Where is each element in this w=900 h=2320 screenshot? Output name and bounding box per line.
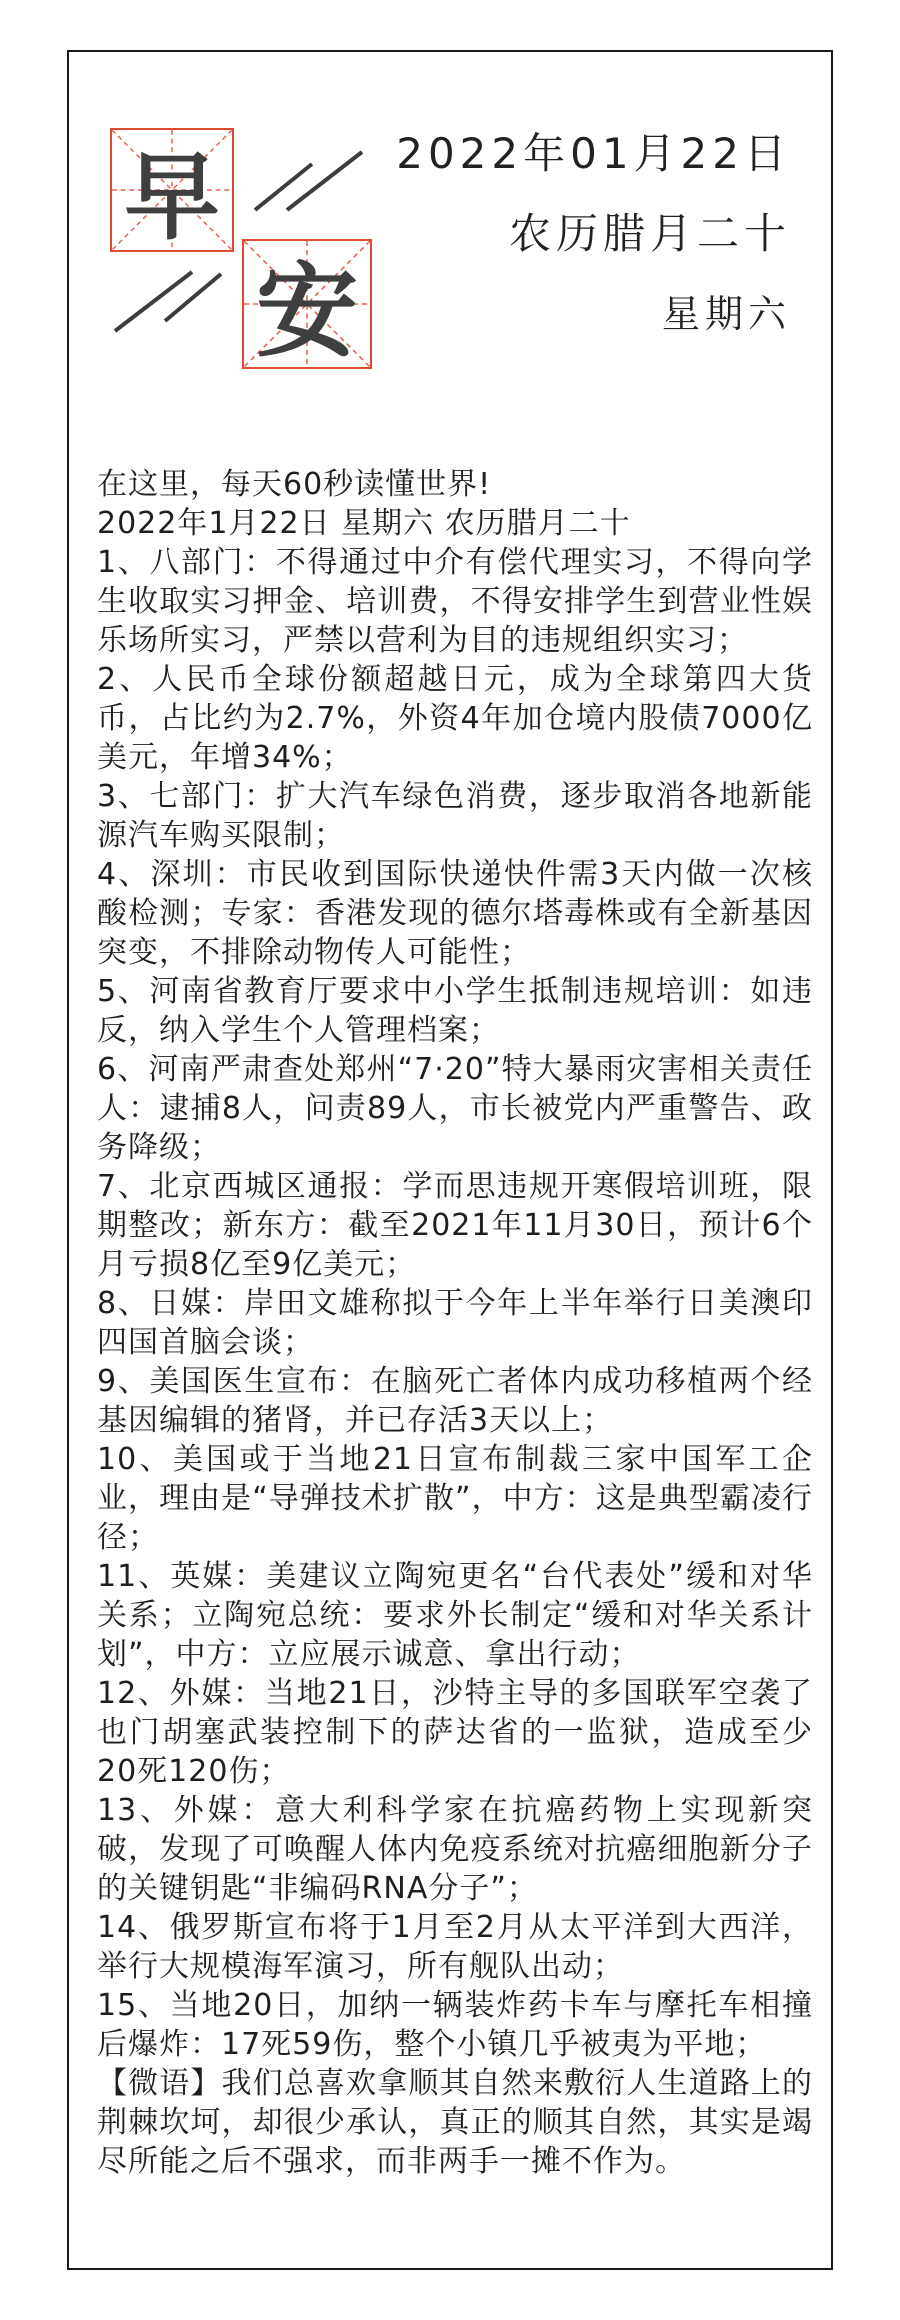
news-item-1: 1、八部门：不得通过中介有偿代理实习，不得向学生收取实习押金、培训费，不得安排学… (97, 543, 813, 660)
news-item-9: 9、美国医生宣布：在脑死亡者体内成功移植两个经基因编辑的猪肾，并已存活3天以上； (97, 1362, 813, 1440)
news-item-3: 3、七部门：扩大汽车绿色消费，逐步取消各地新能源汽车购买限制； (97, 777, 813, 855)
news-item-5: 5、河南省教育厅要求中小学生抵制违规培训：如违反，纳入学生个人管理档案； (97, 972, 813, 1050)
news-item-10: 10、美国或于当地21日宣布制裁三家中国军工企业，理由是“导弹技术扩散”，中方：… (97, 1440, 813, 1557)
news-item-2: 2、人民币全球份额超越日元，成为全球第四大货币，占比约为2.7%，外资4年加仓境… (97, 660, 813, 777)
lunar-date-text: 农历腊月二十 (396, 194, 791, 274)
double-slash-bottom-icon (109, 264, 229, 339)
zao-character: 早 (112, 130, 232, 250)
an-grid-box: 安 (242, 239, 372, 369)
an-character: 安 (244, 241, 370, 367)
news-item-4: 4、深圳：市民收到国际快递快件需3天内做一次核酸检测；专家：香港发现的德尔塔毒株… (97, 855, 813, 972)
news-item-14: 14、俄罗斯宣布将于1月至2月从太平洋到大西洋，举行大规模海军演习，所有舰队出动… (97, 1908, 813, 1986)
weekday-text: 星期六 (396, 274, 791, 354)
news-card: 早 安 2022年01月22日 农 (67, 50, 833, 2270)
zao-grid-box: 早 (110, 128, 234, 252)
news-item-11: 11、英媒：美建议立陶宛更名“台代表处”缓和对华关系；立陶宛总统：要求外长制定“… (97, 1557, 813, 1674)
weiyu-line: 【微语】我们总喜欢拿顺其自然来敷衍人生道路上的荆棘坎坷，却很少承认，真正的顺其自… (97, 2064, 813, 2181)
date-block: 2022年01月22日 农历腊月二十 星期六 (396, 114, 791, 354)
news-item-8: 8、日媒：岸田文雄称拟于今年上半年举行日美澳印四国首脑会谈； (97, 1284, 813, 1362)
double-slash-top-icon (249, 147, 369, 217)
date-text: 2022年01月22日 (396, 114, 791, 194)
news-body: 在这里，每天60秒读懂世界! 2022年1月22日 星期六 农历腊月二十 1、八… (97, 465, 813, 2181)
page: 早 安 2022年01月22日 农 (0, 0, 900, 2320)
news-item-13: 13、外媒：意大利科学家在抗癌药物上实现新突破，发现了可唤醒人体内免疫系统对抗癌… (97, 1791, 813, 1908)
news-item-6: 6、河南严肃查处郑州“7·20”特大暴雨灾害相关责任人：逮捕8人，问责89人，市… (97, 1050, 813, 1167)
dateline: 2022年1月22日 星期六 农历腊月二十 (97, 504, 813, 543)
news-item-15: 15、当地20日，加纳一辆装炸药卡车与摩托车相撞后爆炸：17死59伤，整个小镇几… (97, 1986, 813, 2064)
news-item-7: 7、北京西城区通报：学而思违规开寒假培训班，限期整改；新东方：截至2021年11… (97, 1167, 813, 1284)
intro-line: 在这里，每天60秒读懂世界! (97, 465, 813, 504)
news-item-12: 12、外媒：当地21日，沙特主导的多国联军空袭了也门胡塞武装控制下的萨达省的一监… (97, 1674, 813, 1791)
